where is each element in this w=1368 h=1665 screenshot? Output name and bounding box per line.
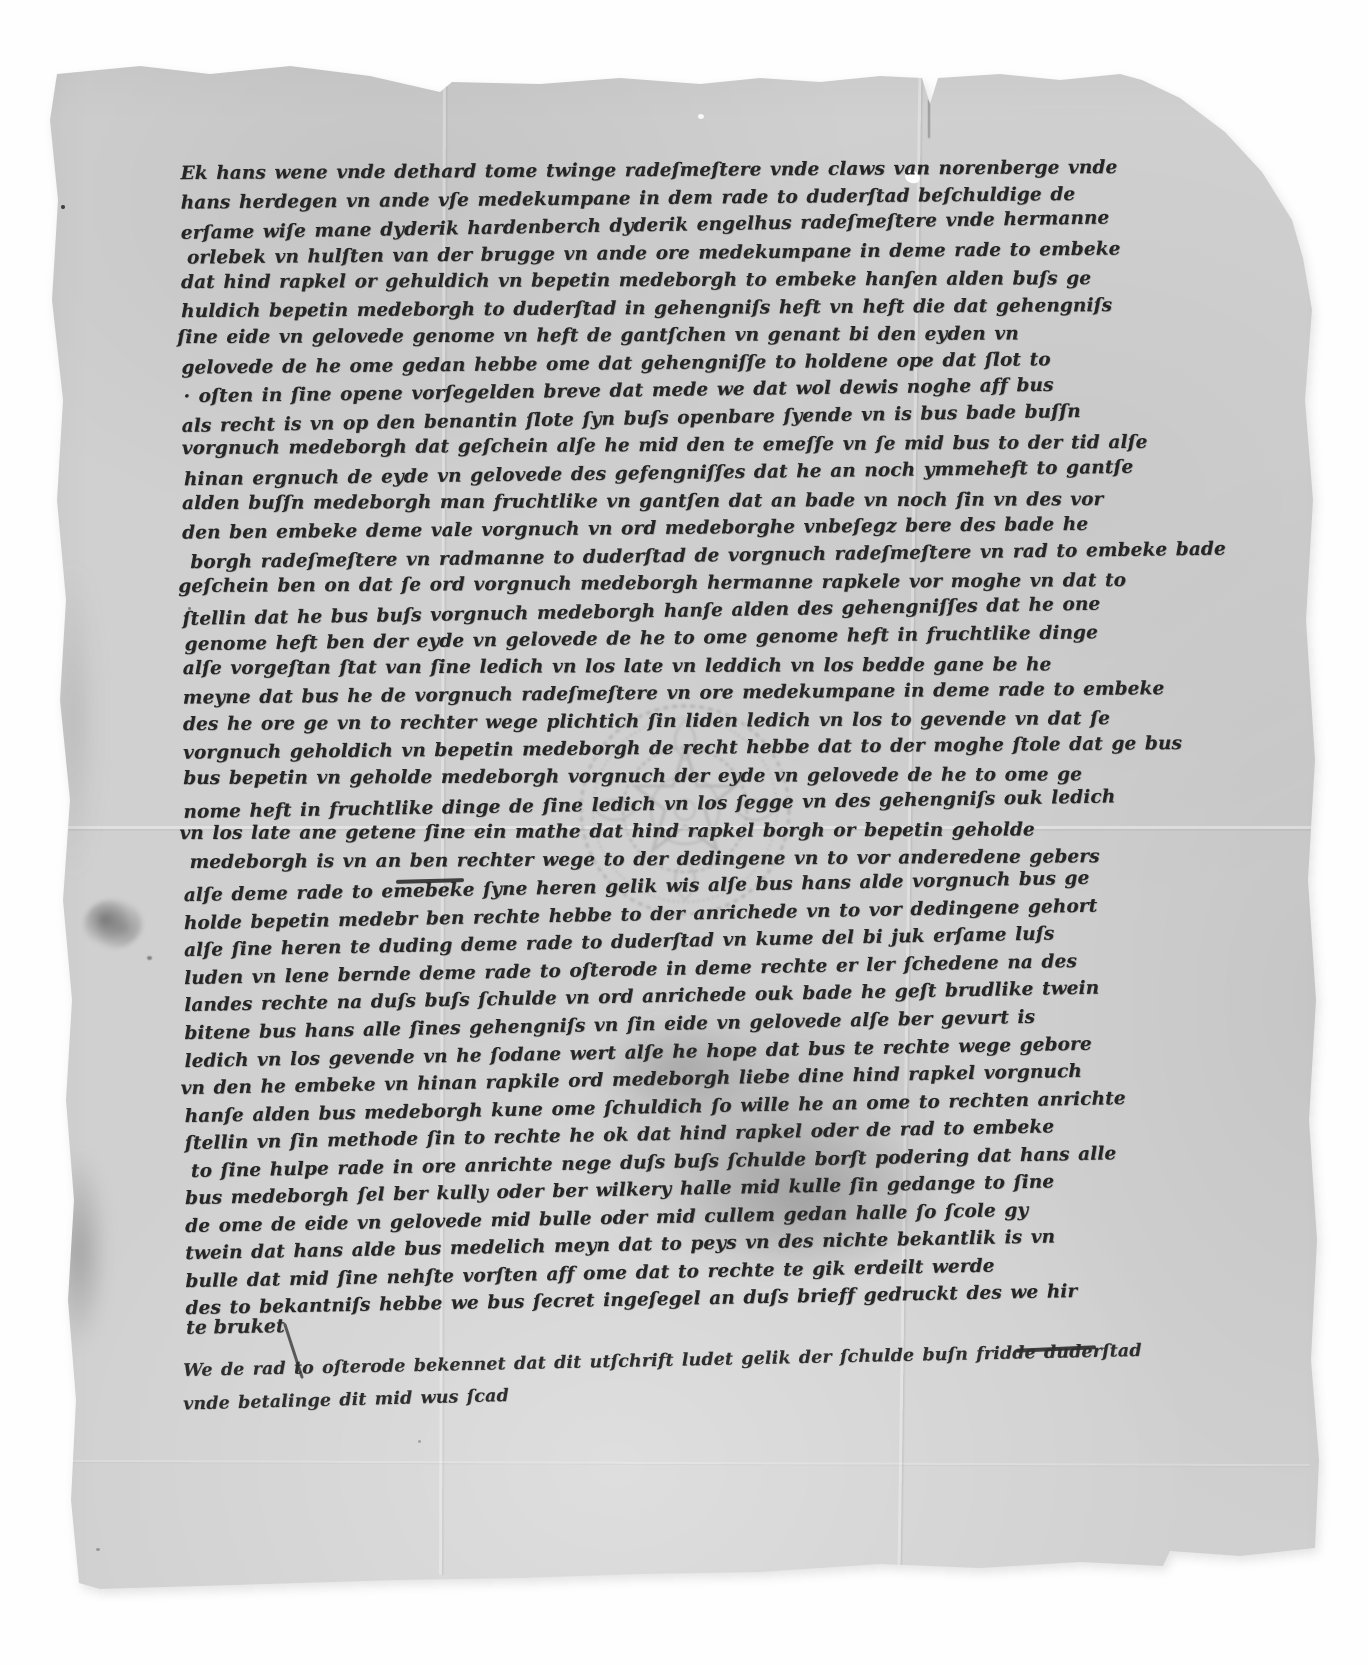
- ink-speck: [418, 1440, 421, 1443]
- manuscript-page: Ek hans wene vnde dethard tome twinge ra…: [0, 0, 1368, 1665]
- edge-stain-streak: [50, 1150, 108, 1350]
- ink-smudge: [84, 900, 142, 948]
- top-edge-tear-crack: [928, 100, 930, 138]
- closing-word: te bruket: [186, 1315, 285, 1339]
- edge-stain-soft: [48, 560, 98, 880]
- paper-shadow-wrap: Ek hans wene vnde dethard tome twinge ra…: [0, 0, 1368, 1665]
- ink-speck: [96, 1548, 100, 1551]
- ink-speck: [147, 956, 152, 960]
- manuscript-line: huldich bepetin medeborgh to duderſtad i…: [181, 292, 1133, 326]
- ink-speck: [61, 205, 65, 209]
- postscript-note: We de rad to oſterode bekennet dat dit u…: [183, 1346, 1142, 1408]
- manuscript-text-block: Ek hans wene vnde dethard tome twinge ra…: [180, 155, 1137, 1316]
- fold-crease-horizontal-bottom: [70, 1460, 1310, 1466]
- pinhole: [698, 114, 704, 119]
